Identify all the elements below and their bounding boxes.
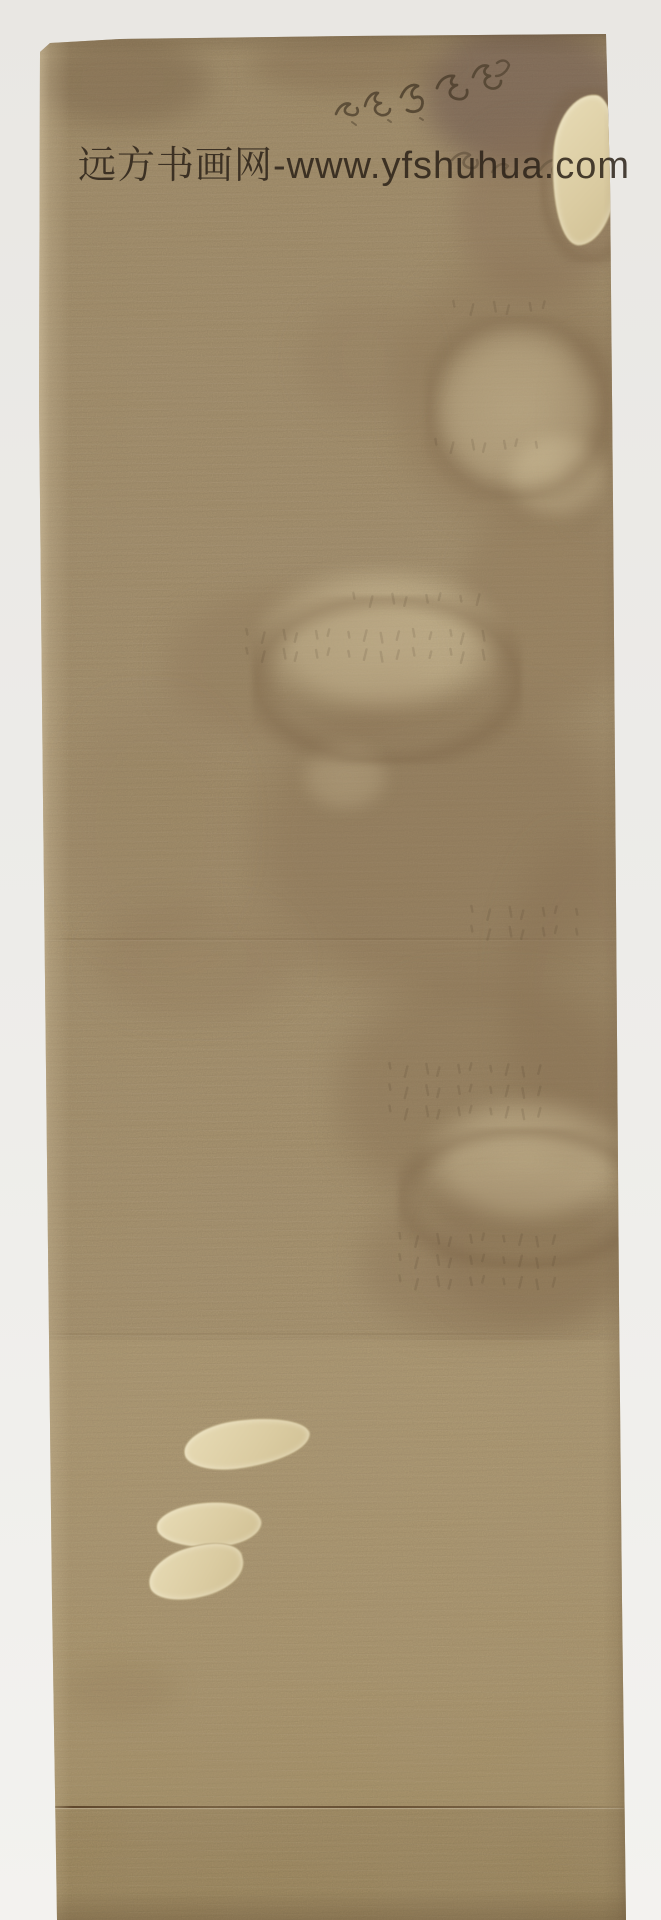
crease-layer [0,0,661,1920]
paper-top-edge-shading [0,30,661,56]
paper-right-edge-shading [603,0,627,1920]
scroll-paper [0,0,661,1920]
watermark-text: 远方书画网-www.yfshuhua.com [78,147,630,185]
horizontal-crease-line [38,1806,624,1808]
horizontal-crease-line [38,1333,624,1335]
horizontal-crease-line [38,938,624,940]
photo-canvas: 远方书画网-www.yfshuhua.com [0,0,661,1920]
paper-left-edge-highlight [36,0,70,1920]
paper-bottom-edge-shading [0,1890,661,1920]
